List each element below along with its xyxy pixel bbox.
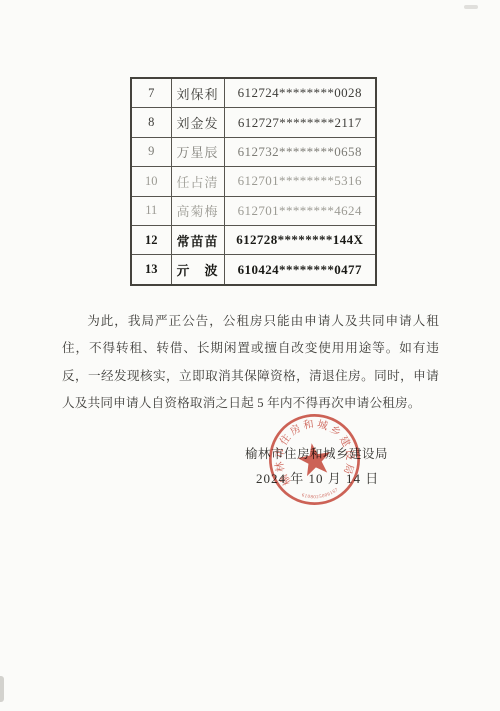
masked-id: 612701********5316: [224, 167, 376, 196]
person-name: 亓 波: [171, 255, 224, 285]
seal-serial: 6108025006167: [300, 487, 340, 503]
table-row: 9 万星辰 612732********0658: [131, 137, 376, 166]
issue-date: 2024 年 10 月 14 日: [256, 468, 379, 487]
row-number: 10: [131, 167, 171, 196]
masked-id: 612724********0028: [224, 78, 376, 108]
scan-smudge: [464, 5, 478, 9]
person-name: 刘保利: [171, 78, 224, 108]
notice-paragraph: 为此，我局严正公告，公租房只能由申请人及共同申请人租住，不得转租、转借、长期闲置…: [62, 308, 439, 418]
row-number: 13: [131, 255, 171, 285]
masked-id: 612728********144X: [224, 225, 376, 254]
row-number: 8: [131, 108, 171, 137]
masked-id: 612701********4624: [224, 196, 376, 225]
table-row: 8 刘金发 612727********2117: [131, 108, 376, 137]
masked-id: 612732********0658: [224, 137, 376, 166]
masked-id: 610424********0477: [224, 255, 376, 285]
person-name: 常苗苗: [171, 225, 224, 254]
applicant-table: 7 刘保利 612724********0028 8 刘金发 612727***…: [130, 77, 377, 286]
table-row: 7 刘保利 612724********0028: [131, 78, 376, 108]
masked-id: 612727********2117: [224, 108, 376, 137]
table-row: 13 亓 波 610424********0477: [131, 255, 376, 285]
scan-smudge: [0, 676, 4, 702]
row-number: 11: [131, 196, 171, 225]
agency-name: 榆林市住房和城乡建设局: [245, 444, 388, 462]
person-name: 万星辰: [171, 137, 224, 166]
person-name: 任占清: [171, 167, 224, 196]
person-name: 刘金发: [171, 108, 224, 137]
table-row: 12 常苗苗 612728********144X: [131, 225, 376, 254]
document-page: 7 刘保利 612724********0028 8 刘金发 612727***…: [0, 0, 500, 711]
row-number: 12: [131, 225, 171, 254]
table-row: 11 高菊梅 612701********4624: [131, 196, 376, 225]
row-number: 7: [131, 78, 171, 108]
person-name: 高菊梅: [171, 196, 224, 225]
table-row: 10 任占清 612701********5316: [131, 167, 376, 196]
row-number: 9: [131, 137, 171, 166]
